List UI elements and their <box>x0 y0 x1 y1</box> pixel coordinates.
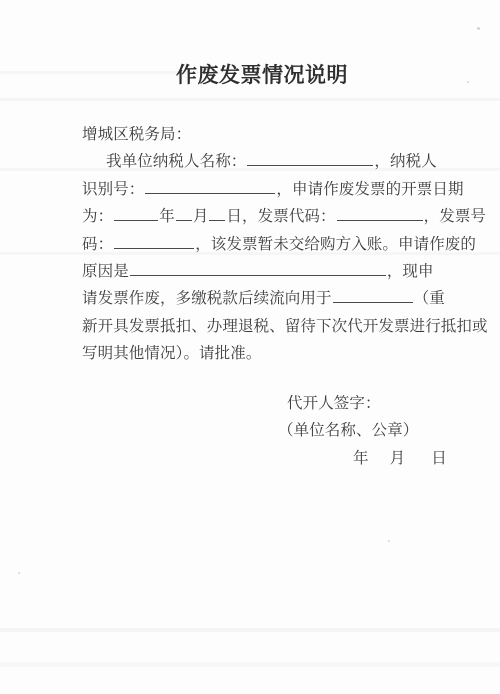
day-and-code-label: 日，发票代码： <box>226 208 335 225</box>
salutation-text: 增城区税务局： <box>82 126 191 143</box>
reason-suffix: ，现申 <box>387 263 434 280</box>
refund-usage-suffix: （重 <box>414 290 445 307</box>
scan-artifact-speck <box>18 572 20 574</box>
taxpayer-id-label: 识别号： <box>82 181 144 198</box>
taxpayer-id-blank <box>145 179 275 194</box>
scanned-document-page: 作废发票情况说明 增城区税务局： 我单位纳税人名称：，纳税人 识别号：，申请作废… <box>0 0 500 694</box>
scan-artifact-band <box>0 98 500 101</box>
scan-artifact-speck <box>388 540 390 542</box>
date-line: 年月日 <box>353 445 458 473</box>
date-label: 为： <box>82 208 113 225</box>
invoice-number-blank <box>114 234 194 249</box>
date-year-label: 年 <box>353 450 369 467</box>
taxpayer-name-label: 我单位纳税人名称： <box>106 153 246 170</box>
month-label: 月 <box>193 208 209 225</box>
body-line-taxpayer-id: 识别号：，申请作废发票的开票日期 <box>82 176 458 203</box>
body-line-refund-usage: 请发票作废，多缴税款后续流向用于（重 <box>82 285 458 312</box>
month-blank <box>176 206 192 221</box>
taxpayer-id-suffix: ，申请作废发票的开票日期 <box>276 181 463 198</box>
invoice-number-prefix: ，发票号 <box>424 208 486 225</box>
document-body: 增城区税务局： 我单位纳税人名称：，纳税人 识别号：，申请作废发票的开票日期 为… <box>82 121 458 473</box>
reason-blank <box>130 261 386 276</box>
body-line-reason: 原因是，现申 <box>82 258 458 285</box>
invoice-status-text: ，该发票暂未交给购方入账。申请作废的 <box>195 236 476 253</box>
date-month-label: 月 <box>390 450 406 467</box>
salutation-line: 增城区税务局： <box>82 121 458 148</box>
day-blank <box>209 206 225 221</box>
options-text: 新开具发票抵扣、办理退税、留待下次代开发票进行抵扣或 <box>82 318 488 335</box>
taxpayer-name-suffix: ，纳税人 <box>374 153 436 170</box>
body-line-taxpayer-name: 我单位纳税人名称：，纳税人 <box>82 148 458 175</box>
unit-seal-line: （单位名称、公章） <box>278 417 458 445</box>
year-label: 年 <box>159 208 175 225</box>
refund-usage-label: 请发票作废，多缴税款后续流向用于 <box>82 290 332 307</box>
refund-usage-blank <box>333 288 413 303</box>
reason-label: 原因是 <box>82 263 129 280</box>
date-day-label: 日 <box>431 450 447 467</box>
invoice-number-label: 码： <box>82 236 113 253</box>
invoice-code-blank <box>337 206 423 221</box>
scan-artifact-band <box>0 662 500 667</box>
body-line-options: 新开具发票抵扣、办理退税、留待下次代开发票进行抵扣或 <box>82 313 458 340</box>
signer-label: 代开人签字： <box>287 395 381 412</box>
document-title: 作废发票情况说明 <box>0 0 500 89</box>
body-line-approval-request: 写明其他情况）。请批准。 <box>82 340 458 367</box>
signer-line: 代开人签字： <box>287 390 458 418</box>
scan-artifact-band <box>0 628 500 632</box>
body-line-invoice-number: 码：，该发票暂未交给购方入账。申请作废的 <box>82 231 458 258</box>
signature-block: 代开人签字： （单位名称、公章） 年月日 <box>82 390 458 473</box>
unit-seal-label: （单位名称、公章） <box>278 422 418 439</box>
year-blank <box>114 206 158 221</box>
body-line-invoice-date-code: 为：年月日，发票代码：，发票号 <box>82 203 458 230</box>
taxpayer-name-blank <box>247 151 373 166</box>
approval-request-text: 写明其他情况）。请批准。 <box>82 345 261 362</box>
